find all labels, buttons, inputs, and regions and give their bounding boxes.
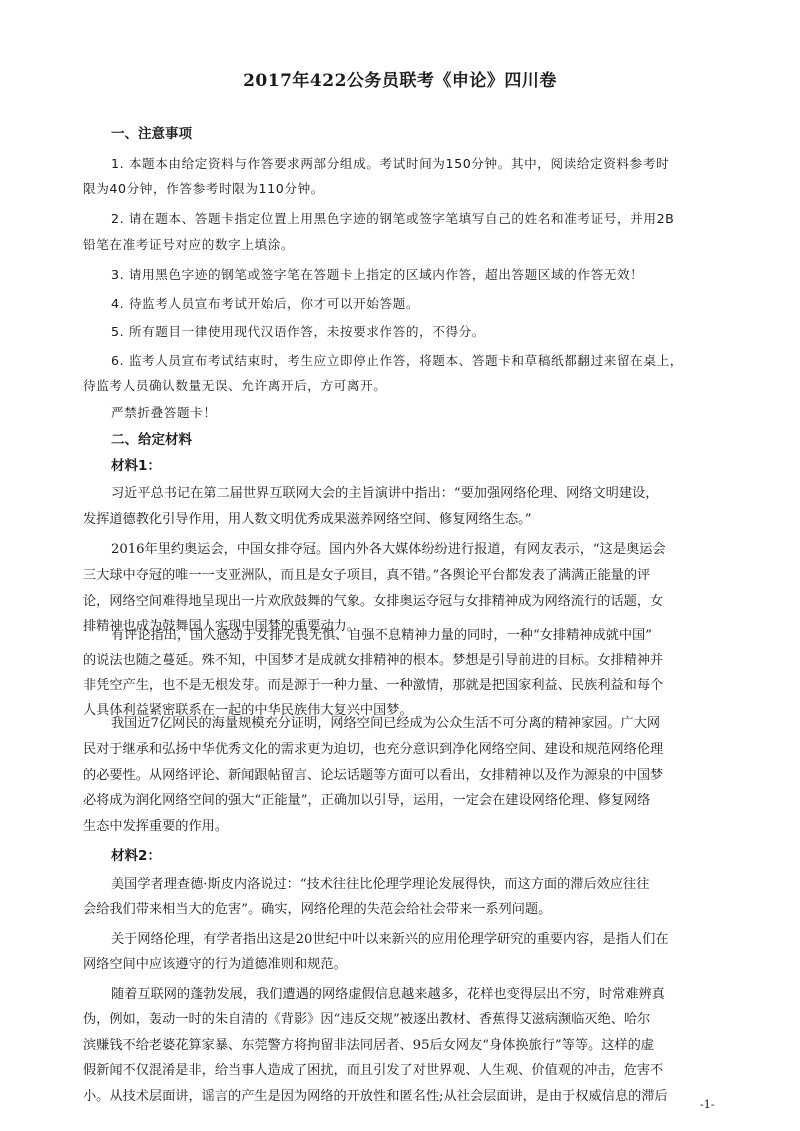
notice-item-4: 4. 待监考人员宣布考试开始后，你才可以开始答题。 bbox=[111, 294, 751, 314]
section-heading-notes: 一、注意事项 bbox=[111, 124, 751, 144]
m1-p2-l2: 三大球中夺冠的唯一一支亚洲队，而且是女子项目，真不错。”各舆论平台都发表了满满正… bbox=[83, 566, 723, 586]
notice-item-2: 2. 请在题本、答题卡指定位置上用黑色字迹的钢笔或签字笔填写自己的姓名和准考证号… bbox=[111, 209, 751, 229]
m2-p2-l1: 关于网络伦理，有学者指出这是20世纪中叶以来新兴的应用伦理学研究的重要内容，是指… bbox=[111, 930, 751, 950]
m2-p1-l2: 会给我们带来相当大的危害”。确实，网络伦理的失范会给社会带来一系列问题。 bbox=[83, 900, 723, 920]
m1-p2-l3: 论，网络空间难得地呈现出一片欢欣鼓舞的气象。女排奥运夺冠与女排精神成为网络流行的… bbox=[83, 592, 723, 612]
m1-p4-l4: 必将成为润化网络空间的强大“正能量”，正确加以引导，运用，一定会在建设网络伦理、… bbox=[83, 791, 723, 811]
m1-p4-l3: 的必要性。从网络评论、新闻跟帖留言、论坛话题等方面可以看出，女排精神以及作为源泉… bbox=[83, 766, 723, 786]
notice-item-2-cont: 铅笔在准考证号对应的数字上填涂。 bbox=[83, 235, 723, 255]
m2-p3-l3: 滨赚钱不给老婆花算家暴、东莞警方将拘留非法同居者、95后女网友“身体换旅行”等等… bbox=[83, 1036, 723, 1056]
m1-p4-l5: 生态中发挥重要的作用。 bbox=[83, 817, 723, 837]
m1-p3-l2: 的说法也随之蔓延。殊不知，中国梦才是成就女排精神的根本。梦想是引导前进的目标。女… bbox=[83, 651, 723, 671]
material-2-label: 材料2： bbox=[111, 846, 751, 866]
m1-p2-l1: 2016年里约奥运会，中国女排夺冠。国内外各大媒体纷纷进行报道，有网友表示，“这… bbox=[111, 540, 751, 560]
m1-p4-l2: 民对于继承和弘扬中华优秀文化的需求更为迫切，也充分意识到净化网络空间、建设和规范… bbox=[83, 740, 723, 760]
m2-p3-l2: 伪，例如，轰动一时的朱自清的《背影》因“违反交规”被逐出教材、香蕉得艾滋病濒临灭… bbox=[83, 1010, 723, 1030]
m1-p4-l1: 我国近7亿网民的海量规模充分证明，网络空间已经成为公众生活不可分离的精神家园。广… bbox=[111, 714, 751, 734]
m2-p1-l1: 美国学者理查德·斯皮内洛说过：“技术往往比伦理学理论发展得快，而这方面的滞后效应… bbox=[111, 875, 751, 895]
document-page: 2017年422公务员联考《申论》四川卷 一、注意事项 1. 本题本由给定资料与… bbox=[0, 0, 800, 1131]
m1-p3-l1: 有评论指出，国人感动于女排无畏无惧、自强不息精神力量的同时，一种“女排精神成就中… bbox=[111, 626, 751, 646]
m2-p2-l2: 网络空间中应该遵守的行为道德准则和规范。 bbox=[83, 955, 723, 975]
m1-p1-l1: 习近平总书记在第二届世界互联网大会的主旨演讲中指出：“要加强网络伦理、网络文明建… bbox=[111, 484, 751, 504]
page-number: -1- bbox=[700, 1098, 714, 1111]
m2-p3-l1: 随着互联网的蓬勃发展，我们遭遇的网络虚假信息越来越多，花样也变得层出不穷，时常难… bbox=[111, 985, 751, 1005]
m2-p3-l5: 小。从技术层面讲，谣言的产生是因为网络的开放性和匿名性;从社会层面讲，是由于权威… bbox=[83, 1087, 723, 1107]
material-1-label: 材料1： bbox=[111, 456, 751, 476]
notice-item-1-cont: 限为40分钟，作答参考时限为110分钟。 bbox=[83, 179, 723, 199]
notice-item-6: 6. 监考人员宣布考试结束时，考生应立即停止作答，将题本、答题卡和草稿纸都翻过来… bbox=[111, 351, 751, 371]
fold-warning: 严禁折叠答题卡！ bbox=[111, 403, 751, 423]
m1-p3-l3: 非凭空产生，也不是无根发芽。而是源于一种力量、一种激情，那就是把国家利益、民族利… bbox=[83, 676, 723, 696]
notice-item-1: 1. 本题本由给定资料与作答要求两部分组成。考试时间为150分钟。其中，阅读给定… bbox=[111, 154, 751, 174]
notice-item-5: 5. 所有题目一律使用现代汉语作答，未按要求作答的，不得分。 bbox=[111, 322, 751, 342]
notice-item-3: 3. 请用黑色字迹的钢笔或签字笔在答题卡上指定的区域内作答，超出答题区域的作答无… bbox=[111, 265, 751, 285]
notice-item-6-cont: 待监考人员确认数量无误、允许离开后，方可离开。 bbox=[83, 376, 723, 396]
section-heading-materials: 二、给定材料 bbox=[111, 430, 751, 450]
document-title: 2017年422公务员联考《申论》四川卷 bbox=[0, 66, 800, 91]
m2-p3-l4: 假新闻不仅混淆是非，给当事人造成了困扰，而且引发了对世界观、人生观、价值观的冲击… bbox=[83, 1061, 723, 1081]
m1-p1-l2: 发挥道德教化引导作用，用人数文明优秀成果滋养网络空间、修复网络生态。” bbox=[83, 510, 723, 530]
